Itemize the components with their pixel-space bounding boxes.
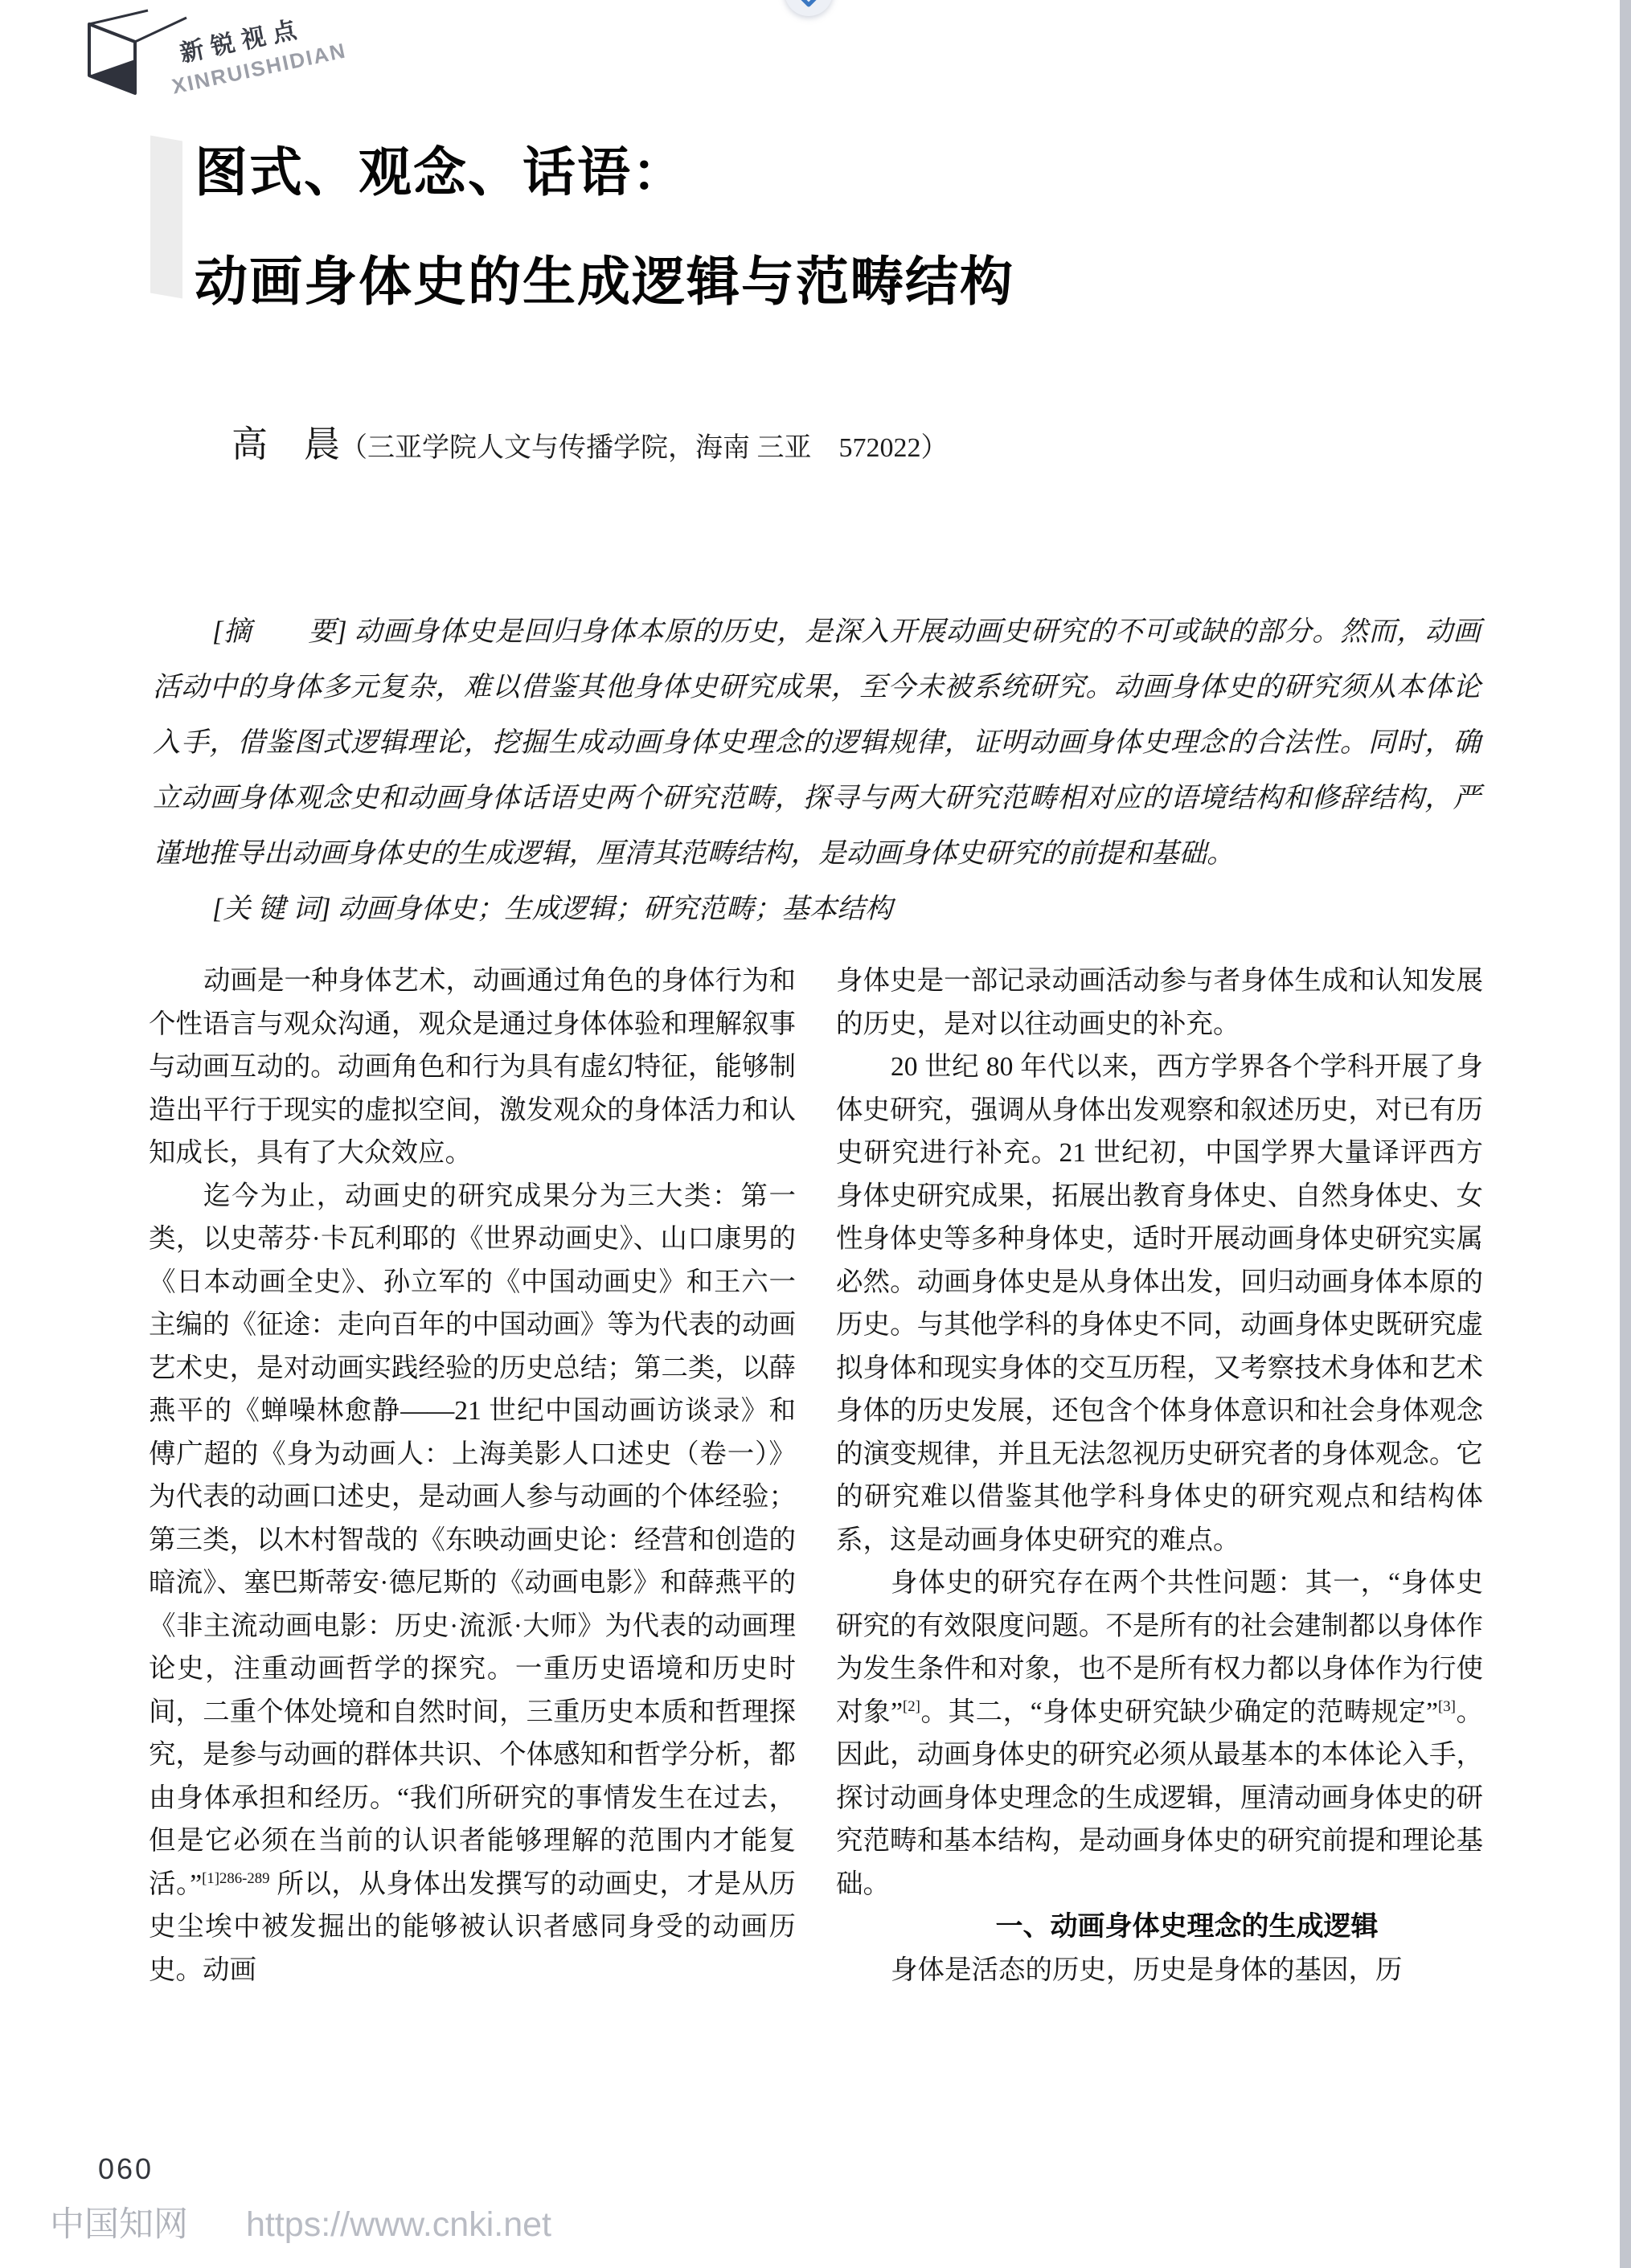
article-title-line2: 动画身体史的生成逻辑与范畴结构 [195,227,1014,336]
abstract-paragraph: [摘 要] 动画身体史是回归身体本原的历史，是深入开展动画史研究的不可或缺的部分… [153,604,1481,882]
abstract-block: [摘 要] 动画身体史是回归身体本原的历史，是深入开展动画史研究的不可或缺的部分… [153,604,1481,937]
document-page: 新锐视点 XINRUISHIDIAN 图式、观念、话语： 动画身体史的生成逻辑与… [0,0,1631,2268]
citation-superscript: [1]286-289 [202,1869,269,1886]
chevron-down-icon [796,0,822,16]
right-column: 身体史是一部记录动画活动参与者身体生成和认知发展的历史，是对以往动画史的补充。 … [836,960,1483,1992]
paragraph-text: 。其二，“身体史研究缺少确定的范畴规定” [920,1697,1438,1727]
paragraph-text: 。因此，动画身体史的研究必须从最基本的本体论入手，探讨动画身体史理念的生成逻辑，… [836,1697,1483,1899]
keywords-paragraph: [关 键 词] 动画身体史；生成逻辑；研究范畴；基本结构 [153,882,1481,937]
left-column: 动画是一种身体艺术，动画通过角色的身体行为和个性语言与观众沟通，观众是通过身体体… [149,960,796,1992]
cnki-site-url: https://www.cnki.net [246,2205,551,2245]
article-title-line1: 图式、观念、话语： [195,117,1014,227]
body-paragraph: 身体史的研究存在两个共性问题：其一，“身体史研究的有效限度问题。不是所有的社会建… [836,1562,1483,1906]
body-paragraph: 身体史是一部记录动画活动参与者身体生成和认知发展的历史，是对以往动画史的补充。 [836,960,1483,1046]
journal-logo: 新锐视点 XINRUISHIDIAN [85,3,463,132]
author-name: 高 晨 [232,424,340,465]
body-paragraph: 迄今为止，动画史的研究成果分为三大类：第一类，以史蒂芬·卡瓦利耶的《世界动画史》… [149,1175,796,1992]
title-fold-decoration [150,135,182,298]
section-heading: 一、动画身体史理念的生成逻辑 [836,1906,1483,1949]
footer-branding: 中国知网 https://www.cnki.net [50,2197,551,2246]
scroll-down-button[interactable] [785,0,833,16]
body-columns: 动画是一种身体艺术，动画通过角色的身体行为和个性语言与观众沟通，观众是通过身体体… [149,960,1483,1992]
body-paragraph: 20 世纪 80 年代以来，西方学界各个学科开展了身体史研究，强调从身体出发观察… [836,1046,1483,1562]
page-number: 060 [98,2152,154,2186]
scrollbar-track[interactable] [1620,0,1631,2268]
abstract-text: 动画身体史是回归身体本原的历史，是深入开展动画史研究的不可或缺的部分。然而，动画… [153,616,1481,869]
cnki-site-name: 中国知网 [50,2197,188,2246]
author-line: 高 晨（三亚学院人文与传播学院，海南 三亚 572022） [232,415,949,467]
article-title: 图式、观念、话语： 动画身体史的生成逻辑与范畴结构 [195,117,1014,336]
keywords-label: [关 键 词] [212,894,331,924]
body-paragraph: 动画是一种身体艺术，动画通过角色的身体行为和个性语言与观众沟通，观众是通过身体体… [149,960,796,1175]
citation-superscript: [3] [1438,1697,1456,1714]
author-affiliation: （三亚学院人文与传播学院，海南 三亚 572022） [340,433,949,463]
body-paragraph: 身体是活态的历史，历史是身体的基因，历 [836,1949,1483,1992]
abstract-label: [摘 要] [212,616,347,647]
citation-superscript: [2] [903,1697,920,1714]
keywords-text: 动画身体史；生成逻辑；研究范畴；基本结构 [331,894,893,924]
paragraph-text: 迄今为止，动画史的研究成果分为三大类：第一类，以史蒂芬·卡瓦利耶的《世界动画史》… [149,1181,796,1899]
